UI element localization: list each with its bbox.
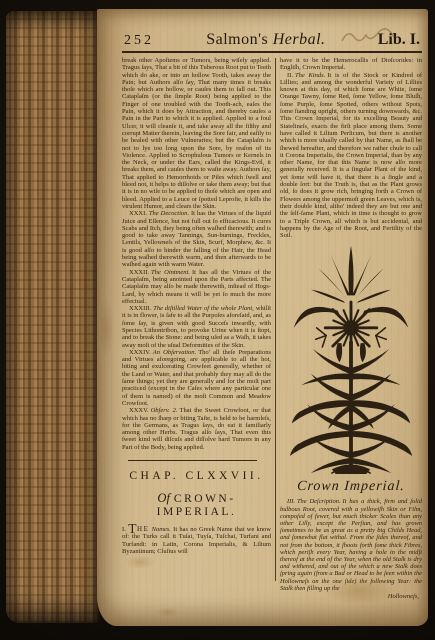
section-ii: II.The Kinds.It is of the Stock or Kindr… [280,72,422,240]
section-number: XXXII. [129,269,149,276]
paragraph-continuation: break other Apoſtems or Tumors, being wi… [122,57,271,210]
crown-imperial-figure: Crown Imperial. [280,240,422,495]
section-xxxv: XXXV.Obſerv. 2.That the Sweet Crowfoot, … [122,407,271,451]
section-number: XXXI. [129,210,147,217]
section-xxxi: XXXI.The Decoction.It has the Virtues of… [122,210,271,268]
illustration-caption: Crown Imperial. [279,479,422,495]
section-xxxiv: XXXIV.An Obſervation.Tho' all theſe Prep… [122,349,271,407]
intro-first-word: HE [137,525,149,533]
book-page-edges [6,11,100,623]
section-text: It is of the Stock or Kindred of Lillies… [280,72,422,240]
section-label: Obſerv. 2. [151,407,178,414]
section-iii: III.The Deſcription.It has a thick, firm… [280,498,422,592]
book-page: 252 Salmon's Herbal. Lib. I. break other… [97,9,428,626]
book-photo: 252 Salmon's Herbal. Lib. I. break other… [0,0,435,640]
right-column: have it to be the Hemerocallis of Dioſco… [280,57,422,600]
chapter-rule [128,460,257,461]
section-label: An Obſervation. [153,349,196,356]
book-title-roman: Salmon's [206,31,268,48]
book-title-italic: Herbal. [273,31,326,48]
catchword: Hollowneſs, [280,593,422,600]
book-title: Salmon's Herbal. [206,31,325,49]
section-text: Tho' all theſe Preparations and Virtues … [122,349,271,407]
chapter-subheading: OfCROWN-IMPERIAL. [122,491,271,518]
text-columns: break other Apoſtems or Tumors, being wi… [122,57,422,600]
section-label: The Kinds. [295,72,325,79]
stain-mark [98,299,114,359]
section-text: That the Sweet Crowfoot, or that which h… [122,407,271,450]
section-text: It has the Virtues of the liquid Juice a… [122,210,271,268]
section-label: The diſtilled Water of the whole Plant, [153,305,254,312]
section-number: III. [287,498,295,505]
section-label: The Deſcription. [297,498,341,505]
paragraph-continuation: have it to be the Hemerocallis of Dioſco… [280,57,422,72]
left-column: break other Apoſtems or Tumors, being wi… [122,57,271,555]
page-number: 252 [124,33,154,49]
header-rule [122,51,422,53]
section-number: I. [122,526,126,533]
chapter-heading: CHAP. CLXXVII. [122,470,271,482]
section-number: II. [287,72,293,79]
section-text: whilſt it is in flower, is ſafe to all t… [122,305,271,348]
section-number: XXXIII. [129,305,151,312]
section-label: Names. [152,526,171,533]
section-number: XXXIV. [129,349,151,356]
section-label: The Decoction. [149,210,189,217]
column-divider-rule [275,58,276,581]
section-text: It has a thick, firm and ſolid bulbous R… [280,498,422,591]
section-xxxiii: XXXIII.The diſtilled Water of the whole … [122,305,271,349]
chapter-subheading-of: Of [157,491,170,505]
section-label: The Ointment. [151,269,190,276]
section-xxxii: XXXII.The Ointment.It has all the Virtue… [122,269,271,305]
crown-imperial-woodcut-illustration [283,240,419,474]
chapter-intro: I.THE Names. It has no Greek Name that w… [122,526,271,555]
section-number: XXXV. [129,407,149,414]
ink-showthrough-mark [340,25,396,49]
